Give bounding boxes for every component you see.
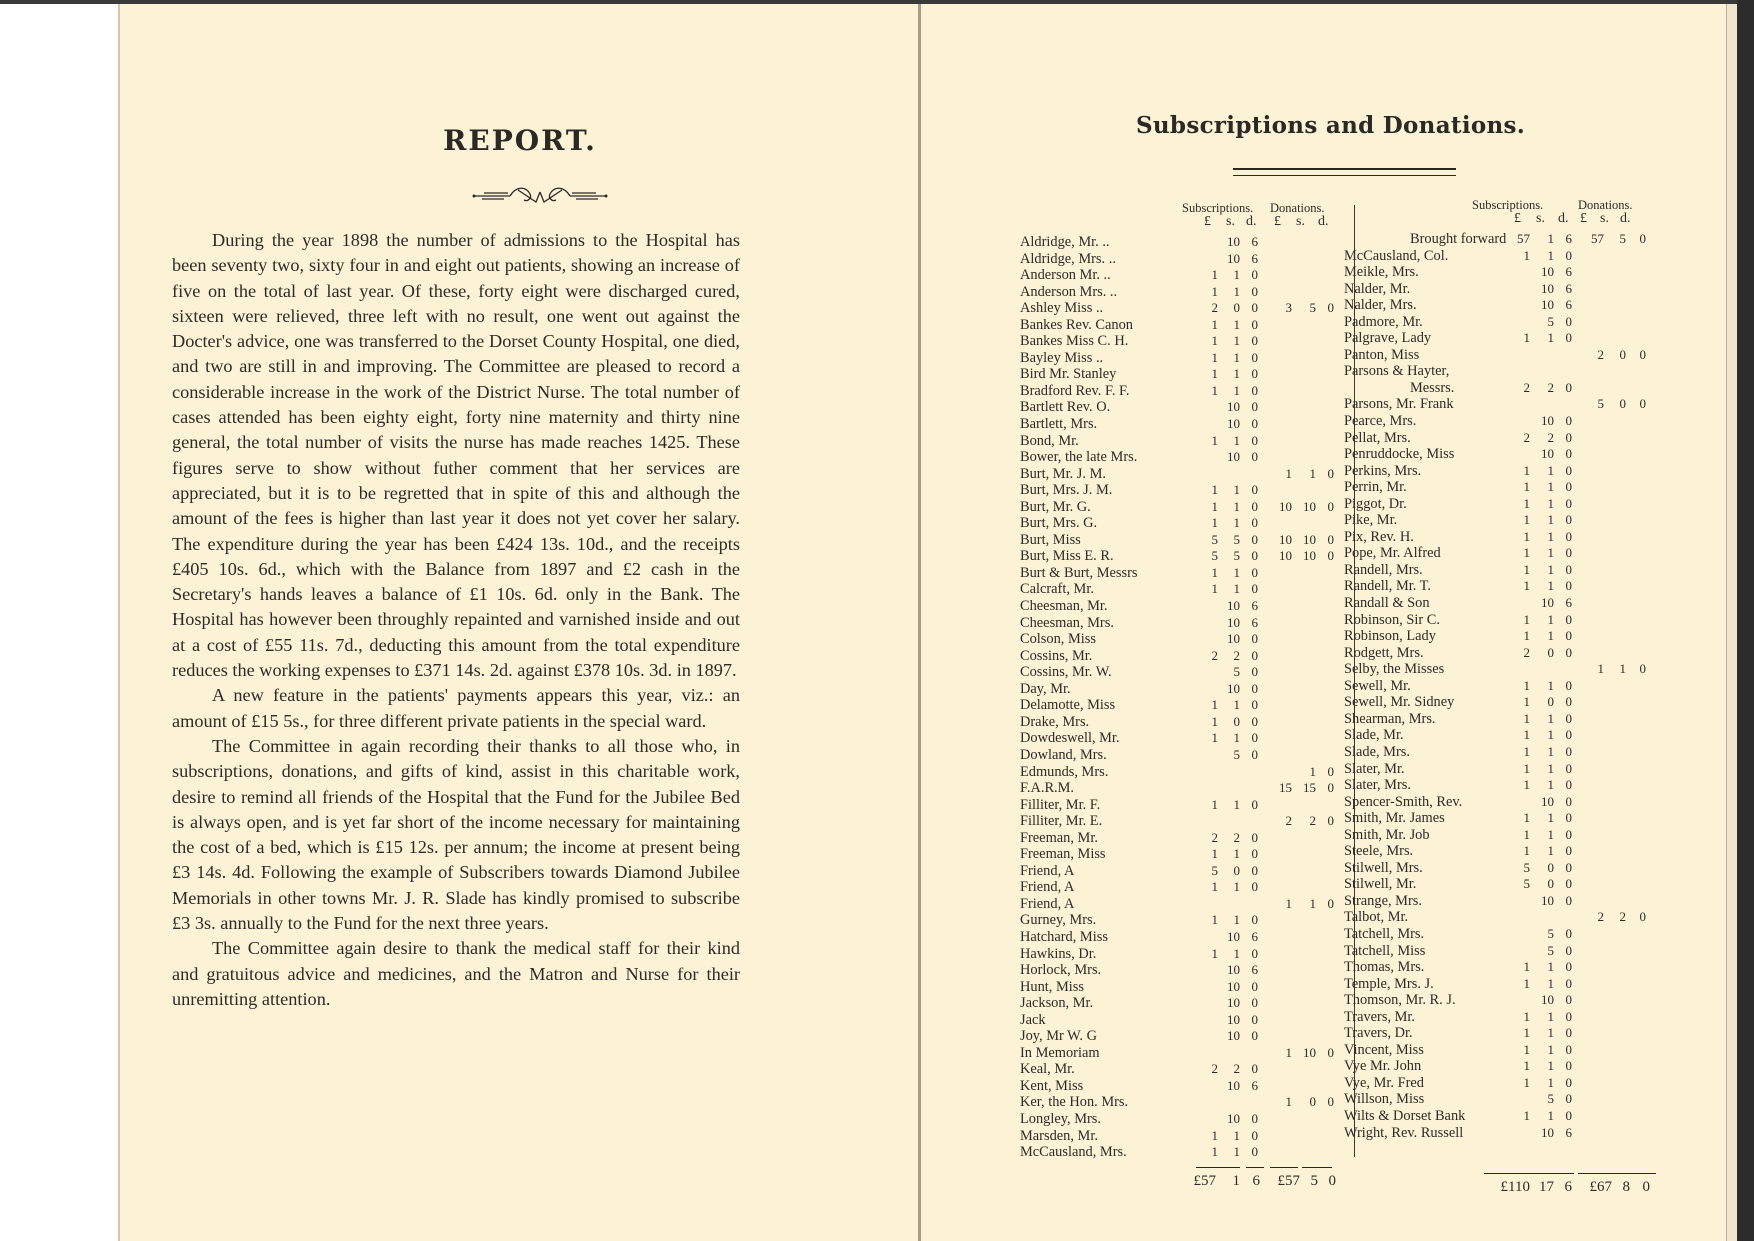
list-item: Horlock, Mrs.106: [1020, 962, 1345, 979]
sub-shillings: 10: [1532, 992, 1554, 1009]
sub-pounds: 57: [1508, 231, 1530, 248]
sub-shillings: 1: [1532, 231, 1554, 248]
report-paragraph: The Committee in again recording their t…: [172, 734, 740, 936]
subscriber-name: Burt, Miss: [1020, 532, 1081, 549]
sub-pounds: 1: [1508, 330, 1530, 347]
list-item: Brought forward57165750: [1344, 231, 1654, 248]
don-pence: 0: [1630, 347, 1646, 364]
don-shillings: 10: [1294, 1045, 1316, 1062]
sub-pence: 0: [1556, 976, 1572, 993]
list-item: Gurney, Mrs.110: [1020, 912, 1345, 929]
list-item: Friend, A110: [1020, 896, 1345, 913]
list-item: Randall & Son106: [1344, 595, 1654, 612]
sub-shillings: 10: [1220, 1111, 1240, 1128]
sub-pence: 0: [1556, 810, 1572, 827]
sub-pence: 0: [1556, 496, 1572, 513]
list-item: Jackson, Mr.100: [1020, 995, 1345, 1012]
sub-shillings: 10: [1220, 1012, 1240, 1029]
sub-pence: 0: [1556, 1042, 1572, 1059]
subscriber-name: Talbot, Mr.: [1344, 909, 1408, 926]
sub-pence: 0: [1242, 1028, 1258, 1045]
list-item: Friend, A110: [1020, 879, 1345, 896]
subscriber-name: Keal, Mr.: [1020, 1061, 1075, 1078]
sub-shillings: 0: [1532, 645, 1554, 662]
sub-pounds: 1: [1508, 1025, 1530, 1042]
sub-pounds: 1: [1198, 730, 1218, 747]
sub-pounds: 1: [1508, 827, 1530, 844]
subscriber-name: In Memoriam: [1020, 1045, 1100, 1062]
sub-pence: 0: [1556, 529, 1572, 546]
don-pence: 0: [1318, 499, 1334, 516]
sub-shillings: 5: [1532, 926, 1554, 943]
list-item: Burt, Mrs. G.110: [1020, 515, 1345, 532]
subscriber-name: Bankes Miss C. H.: [1020, 333, 1128, 350]
scan-right-edge: [1737, 0, 1754, 1241]
subscriber-name: Vincent, Miss: [1344, 1042, 1424, 1059]
sub-pence: 6: [1556, 264, 1572, 281]
sub-pence: 0: [1556, 744, 1572, 761]
subscriber-name: Aldridge, Mr. ..: [1020, 234, 1110, 251]
list-item: Vye, Mr. Fred110: [1344, 1075, 1654, 1092]
sub-shillings: 1: [1220, 946, 1240, 963]
subscriber-name: Jack: [1020, 1012, 1046, 1029]
don-shillings: 10: [1294, 499, 1316, 516]
list-item: Burt & Burt, Messrs110: [1020, 565, 1345, 582]
don-shillings: 10: [1294, 532, 1316, 549]
sub-pounds: 1: [1198, 433, 1218, 450]
sub-pence: 0: [1556, 430, 1572, 447]
sub-pounds: 1: [1508, 744, 1530, 761]
sub-pounds: 1: [1198, 482, 1218, 499]
subscriber-name: Strange, Mrs.: [1344, 893, 1422, 910]
don-pounds: 3: [1268, 300, 1292, 317]
subscriber-name: Burt, Mr. G.: [1020, 499, 1091, 516]
subscriber-name: Wright, Rev. Russell: [1344, 1125, 1463, 1142]
sub-pence: 0: [1556, 860, 1572, 877]
total-rules: [1344, 1167, 1654, 1177]
sub-pence: 0: [1556, 678, 1572, 695]
sub-pence: 0: [1556, 380, 1572, 397]
sub-pounds: 1: [1508, 612, 1530, 629]
report-body: During the year 1898 the number of admis…: [172, 228, 740, 1012]
list-item: Panton, Miss200: [1344, 347, 1654, 364]
list-item: Perkins, Mrs.110: [1344, 463, 1654, 480]
subscriber-name: Burt, Miss E. R.: [1020, 548, 1114, 565]
subscriber-name: Cheesman, Mrs.: [1020, 615, 1114, 632]
sub-shillings: 1: [1532, 496, 1554, 513]
subscriber-name: Slade, Mr.: [1344, 727, 1404, 744]
sub-pence: 0: [1242, 979, 1258, 996]
don-pence: 0: [1318, 780, 1334, 797]
sub-pounds: 1: [1508, 1075, 1530, 1092]
list-item: Tatchell, Miss50: [1344, 943, 1654, 960]
sub-pounds: 1: [1198, 515, 1218, 532]
sub-pence: 0: [1556, 314, 1572, 331]
subscriber-name: Jackson, Mr.: [1020, 995, 1093, 1012]
sub-pounds: 1: [1508, 496, 1530, 513]
sub-shillings: 1: [1532, 727, 1554, 744]
sub-shillings: 10: [1532, 595, 1554, 612]
sub-pounds: 1: [1198, 383, 1218, 400]
pounds-header: £: [1274, 214, 1281, 231]
sub-shillings: 1: [1532, 562, 1554, 579]
list-item: Dowland, Mrs.50: [1020, 747, 1345, 764]
subscriber-name: McCausland, Mrs.: [1020, 1144, 1127, 1161]
sub-shillings: 1: [1220, 797, 1240, 814]
sub-pence: 0: [1556, 843, 1572, 860]
subscriber-name: Smith, Mr. James: [1344, 810, 1445, 827]
sub-shillings: 1: [1532, 529, 1554, 546]
sub-pence: 0: [1242, 697, 1258, 714]
sub-pence: 0: [1242, 631, 1258, 648]
subscriber-name: Bankes Rev. Canon: [1020, 317, 1133, 334]
don-pence: 0: [1318, 813, 1334, 830]
sub-pence: 0: [1556, 446, 1572, 463]
list-item: Parsons, Mr. Frank500: [1344, 396, 1654, 413]
list-item: Bankes Rev. Canon110: [1020, 317, 1345, 334]
don-pounds: 10: [1268, 499, 1292, 516]
don-shillings: 10: [1294, 548, 1316, 565]
sub-shillings: 10: [1220, 449, 1240, 466]
sub-pence: 0: [1556, 943, 1572, 960]
pence-header: d.: [1318, 214, 1329, 231]
sub-pence: 0: [1242, 747, 1258, 764]
sub-shillings: 1: [1532, 330, 1554, 347]
list-item: Smith, Mr. James110: [1344, 810, 1654, 827]
sub-pounds: 1: [1508, 959, 1530, 976]
sub-pounds: 2: [1198, 830, 1218, 847]
sub-pence: 6: [1242, 929, 1258, 946]
sub-pounds: 1: [1198, 946, 1218, 963]
subscriber-name: Friend, A: [1020, 879, 1074, 896]
sub-pence: 0: [1556, 1075, 1572, 1092]
sub-pounds: 1: [1508, 694, 1530, 711]
sub-shillings: 1: [1532, 976, 1554, 993]
sub-shillings: 1: [1532, 479, 1554, 496]
sub-pounds: 1: [1508, 562, 1530, 579]
sub-shillings: 10: [1220, 631, 1240, 648]
list-item: In Memoriam1100: [1020, 1045, 1345, 1062]
pence-header: d.: [1246, 214, 1257, 231]
don-pence: 0: [1318, 1094, 1334, 1111]
list-item: Marsden, Mr.110: [1020, 1128, 1345, 1145]
list-item: Vincent, Miss110: [1344, 1042, 1654, 1059]
sub-pence: 0: [1556, 512, 1572, 529]
sub-shillings: 5: [1220, 532, 1240, 549]
sub-pence: 0: [1556, 330, 1572, 347]
sub-shillings: 0: [1220, 863, 1240, 880]
don-pence: 0: [1318, 532, 1334, 549]
sub-pence: 0: [1242, 946, 1258, 963]
sub-shillings: 1: [1220, 912, 1240, 929]
subscriber-name: Friend, A: [1020, 896, 1074, 913]
sub-shillings: 10: [1532, 281, 1554, 298]
sub-pence: 0: [1556, 628, 1572, 645]
sub-pounds: 1: [1508, 727, 1530, 744]
list-item: Slater, Mr.110: [1344, 761, 1654, 778]
subscriber-name: Sewell, Mr.: [1344, 678, 1411, 695]
list-item: Messrs.220: [1344, 380, 1654, 397]
sub-pence: 0: [1242, 350, 1258, 367]
subscriber-name: Stilwell, Mrs.: [1344, 860, 1423, 877]
sub-pence: 0: [1556, 727, 1572, 744]
subscriber-name: Ashley Miss ..: [1020, 300, 1103, 317]
list-item: Smith, Mr. Job110: [1344, 827, 1654, 844]
list-item: Selby, the Misses110: [1344, 661, 1654, 678]
title-double-rule: [1233, 168, 1456, 176]
subscriber-name: Tatchell, Miss: [1344, 943, 1425, 960]
list-item: Randell, Mrs.110: [1344, 562, 1654, 579]
list-item: Cossins, Mr. W.50: [1020, 664, 1345, 681]
subscriber-list-right: Subscriptions. Donations. £ s. d. £ s. d…: [1344, 197, 1654, 1197]
list-item: Sewell, Mr.110: [1344, 678, 1654, 695]
list-item: Tatchell, Mrs.50: [1344, 926, 1654, 943]
sub-pounds: 1: [1198, 267, 1218, 284]
total-sub-pounds: £57: [1180, 1173, 1216, 1190]
subscriber-name: Ker, the Hon. Mrs.: [1020, 1094, 1128, 1111]
sub-shillings: 10: [1220, 234, 1240, 251]
list-item: Slade, Mr.110: [1344, 727, 1654, 744]
list-item: Burt, Miss E. R.55010100: [1020, 548, 1345, 565]
subscriber-name: Filliter, Mr. F.: [1020, 797, 1100, 814]
sub-shillings: 5: [1532, 314, 1554, 331]
sub-shillings: 1: [1532, 827, 1554, 844]
sub-pounds: 1: [1508, 512, 1530, 529]
sub-shillings: 10: [1532, 297, 1554, 314]
sub-shillings: 1: [1220, 581, 1240, 598]
sub-shillings: 1: [1220, 317, 1240, 334]
list-header: Subscriptions. Donations. £ s. d. £ s. d…: [1344, 197, 1654, 231]
sub-shillings: 1: [1220, 350, 1240, 367]
subscriber-name: Temple, Mrs. J.: [1344, 976, 1434, 993]
don-pounds: 1: [1268, 466, 1292, 483]
sub-shillings: 10: [1220, 962, 1240, 979]
list-item: Sewell, Mr. Sidney100: [1344, 694, 1654, 711]
sub-pounds: 1: [1508, 545, 1530, 562]
subscriber-name: Rodgett, Mrs.: [1344, 645, 1424, 662]
sub-pounds: 1: [1198, 1144, 1218, 1161]
sub-pounds: 1: [1198, 499, 1218, 516]
subscriber-name: Steele, Mrs.: [1344, 843, 1413, 860]
total-sub-pounds: £110: [1480, 1179, 1530, 1196]
list-item: Burt, Mr. J. M.110: [1020, 466, 1345, 483]
sub-shillings: 1: [1220, 383, 1240, 400]
subscriber-name: Slade, Mrs.: [1344, 744, 1410, 761]
sub-shillings: 1: [1532, 744, 1554, 761]
sub-pounds: 1: [1508, 529, 1530, 546]
list-item: Talbot, Mr.220: [1344, 909, 1654, 926]
sub-pence: 6: [1556, 1125, 1572, 1142]
don-shillings: 2: [1294, 813, 1316, 830]
subscriber-name: Perrin, Mr.: [1344, 479, 1407, 496]
subscriber-name: Freeman, Mr.: [1020, 830, 1098, 847]
sub-pence: 0: [1242, 383, 1258, 400]
sub-pence: 6: [1242, 251, 1258, 268]
list-item: Robinson, Sir C.110: [1344, 612, 1654, 629]
sub-shillings: 10: [1532, 413, 1554, 430]
sub-shillings: 2: [1220, 830, 1240, 847]
sub-shillings: 1: [1532, 777, 1554, 794]
don-pounds: 2: [1580, 909, 1604, 926]
don-shillings: 0: [1294, 1094, 1316, 1111]
list-item: Kent, Miss106: [1020, 1078, 1345, 1095]
sub-pence: 6: [1556, 595, 1572, 612]
list-item: Pix, Rev. H.110: [1344, 529, 1654, 546]
subscriber-name: Bayley Miss ..: [1020, 350, 1103, 367]
list-item: Anderson Mr. ..110: [1020, 267, 1345, 284]
list-item: Padmore, Mr.50: [1344, 314, 1654, 331]
sub-shillings: 1: [1532, 545, 1554, 562]
sub-pence: 0: [1556, 959, 1572, 976]
subscriber-name: Selby, the Misses: [1344, 661, 1444, 678]
sub-pence: 0: [1556, 1108, 1572, 1125]
don-pounds: 2: [1268, 813, 1292, 830]
sub-pence: 0: [1556, 777, 1572, 794]
subscriber-name: Bird Mr. Stanley: [1020, 366, 1116, 383]
sub-pence: 0: [1242, 433, 1258, 450]
sub-shillings: 1: [1532, 711, 1554, 728]
subscriber-name: Slater, Mrs.: [1344, 777, 1411, 794]
sub-pounds: 1: [1198, 797, 1218, 814]
list-item: Vye Mr. John110: [1344, 1058, 1654, 1075]
subscriber-list-left: Subscriptions. Donations. £ s. d. £ s. d…: [1020, 200, 1345, 1191]
list-item: Strange, Mrs.100: [1344, 893, 1654, 910]
sub-pounds: 2: [1198, 648, 1218, 665]
sub-pence: 0: [1556, 761, 1572, 778]
sub-pence: 0: [1556, 794, 1572, 811]
subscriber-name: Dowland, Mrs.: [1020, 747, 1107, 764]
sub-pence: 0: [1242, 1012, 1258, 1029]
sub-pence: 0: [1242, 565, 1258, 582]
subscriber-name: Cossins, Mr.: [1020, 648, 1092, 665]
report-paragraph: The Committee again desire to thank the …: [172, 936, 740, 1012]
subscriber-name: Randell, Mr. T.: [1344, 578, 1431, 595]
list-item: Nalder, Mrs.106: [1344, 297, 1654, 314]
list-item: Piggot, Dr.110: [1344, 496, 1654, 513]
subscriber-name: Delamotte, Miss: [1020, 697, 1115, 714]
subscriber-name: F.A.R.M.: [1020, 780, 1074, 797]
sub-shillings: 10: [1220, 681, 1240, 698]
subscriber-name: Longley, Mrs.: [1020, 1111, 1101, 1128]
subscriber-name: Day, Mr.: [1020, 681, 1071, 698]
subscriber-name: Messrs.: [1410, 380, 1454, 397]
sub-pence: 0: [1242, 714, 1258, 731]
sub-pence: 0: [1242, 532, 1258, 549]
subscriber-name: Padmore, Mr.: [1344, 314, 1423, 331]
sub-pounds: 1: [1508, 843, 1530, 860]
don-pounds: 10: [1268, 548, 1292, 565]
sub-shillings: 0: [1532, 694, 1554, 711]
sub-shillings: 10: [1220, 598, 1240, 615]
sub-shillings: 1: [1532, 1108, 1554, 1125]
subscriber-name: Burt & Burt, Messrs: [1020, 565, 1138, 582]
subscriber-name: Hunt, Miss: [1020, 979, 1084, 996]
list-item: Bradford Rev. F. F.110: [1020, 383, 1345, 400]
sub-shillings: 0: [1220, 300, 1240, 317]
sub-pounds: 1: [1508, 810, 1530, 827]
sub-pounds: 5: [1198, 548, 1218, 565]
list-item: Nalder, Mr.106: [1344, 281, 1654, 298]
subscriber-name: Colson, Miss: [1020, 631, 1096, 648]
sub-shillings: 10: [1532, 794, 1554, 811]
subscriber-name: Nalder, Mrs.: [1344, 297, 1417, 314]
don-shillings: 5: [1294, 300, 1316, 317]
don-pounds: 15: [1268, 780, 1292, 797]
sub-pence: 0: [1242, 681, 1258, 698]
sub-pence: 0: [1242, 830, 1258, 847]
don-shillings: 1: [1294, 466, 1316, 483]
subscriber-name: Bradford Rev. F. F.: [1020, 383, 1129, 400]
subscriber-name: Bower, the late Mrs.: [1020, 449, 1137, 466]
total-sub-shillings: 17: [1532, 1179, 1554, 1196]
subscriber-name: Robinson, Sir C.: [1344, 612, 1440, 629]
don-pounds: 5: [1580, 396, 1604, 413]
subscriber-name: Cheesman, Mr.: [1020, 598, 1108, 615]
subscriber-name: Spencer-Smith, Rev.: [1344, 794, 1462, 811]
list-item: Spencer-Smith, Rev.100: [1344, 794, 1654, 811]
don-pence: 0: [1318, 466, 1334, 483]
list-item: Aldridge, Mrs. ..106: [1020, 251, 1345, 268]
subscriber-name: Shearman, Mrs.: [1344, 711, 1436, 728]
shillings-header: s.: [1536, 211, 1545, 228]
sub-pence: 0: [1556, 479, 1572, 496]
subscriber-name: Randall & Son: [1344, 595, 1430, 612]
sub-shillings: 10: [1532, 264, 1554, 281]
sub-shillings: 1: [1532, 512, 1554, 529]
sub-pence: 0: [1242, 333, 1258, 350]
total-sub-shillings: 1: [1220, 1173, 1240, 1190]
report-paragraph: During the year 1898 the number of admis…: [172, 228, 740, 683]
list-item: Colson, Miss100: [1020, 631, 1345, 648]
sub-shillings: 1: [1220, 730, 1240, 747]
don-pounds: 1: [1268, 1094, 1292, 1111]
sub-shillings: 1: [1532, 1075, 1554, 1092]
sub-pounds: 1: [1508, 463, 1530, 480]
don-pounds: 2: [1580, 347, 1604, 364]
don-shillings: 2: [1608, 909, 1626, 926]
subscriber-name: Vye, Mr. Fred: [1344, 1075, 1424, 1092]
sub-shillings: 1: [1220, 267, 1240, 284]
sub-shillings: 1: [1220, 433, 1240, 450]
list-item: Willson, Miss50: [1344, 1091, 1654, 1108]
sub-shillings: 10: [1220, 1078, 1240, 1095]
list-item: Delamotte, Miss110: [1020, 697, 1345, 714]
sub-pence: 0: [1556, 711, 1572, 728]
subscriber-name: Nalder, Mr.: [1344, 281, 1410, 298]
sub-shillings: 10: [1220, 979, 1240, 996]
sub-pence: 6: [1242, 234, 1258, 251]
sub-shillings: 5: [1220, 747, 1240, 764]
list-item: Cheesman, Mr.106: [1020, 598, 1345, 615]
list-item: Perrin, Mr.110: [1344, 479, 1654, 496]
list-item: Shearman, Mrs.110: [1344, 711, 1654, 728]
subscriber-name: Thomas, Mrs.: [1344, 959, 1424, 976]
pounds-header: £: [1580, 211, 1587, 228]
list-item: Freeman, Mr.220: [1020, 830, 1345, 847]
sub-shillings: 1: [1532, 612, 1554, 629]
subscriber-name: Pope, Mr. Alfred: [1344, 545, 1441, 562]
list-item: Ashley Miss ..200350: [1020, 300, 1345, 317]
list-item: Thomas, Mrs.110: [1344, 959, 1654, 976]
sub-shillings: 10: [1220, 995, 1240, 1012]
sub-pence: 0: [1556, 694, 1572, 711]
subscriber-name: Marsden, Mr.: [1020, 1128, 1098, 1145]
sub-pence: 0: [1242, 1128, 1258, 1145]
sub-shillings: 1: [1220, 1128, 1240, 1145]
pounds-header: £: [1514, 211, 1521, 228]
sub-shillings: 1: [1532, 959, 1554, 976]
sub-pounds: 1: [1508, 1058, 1530, 1075]
